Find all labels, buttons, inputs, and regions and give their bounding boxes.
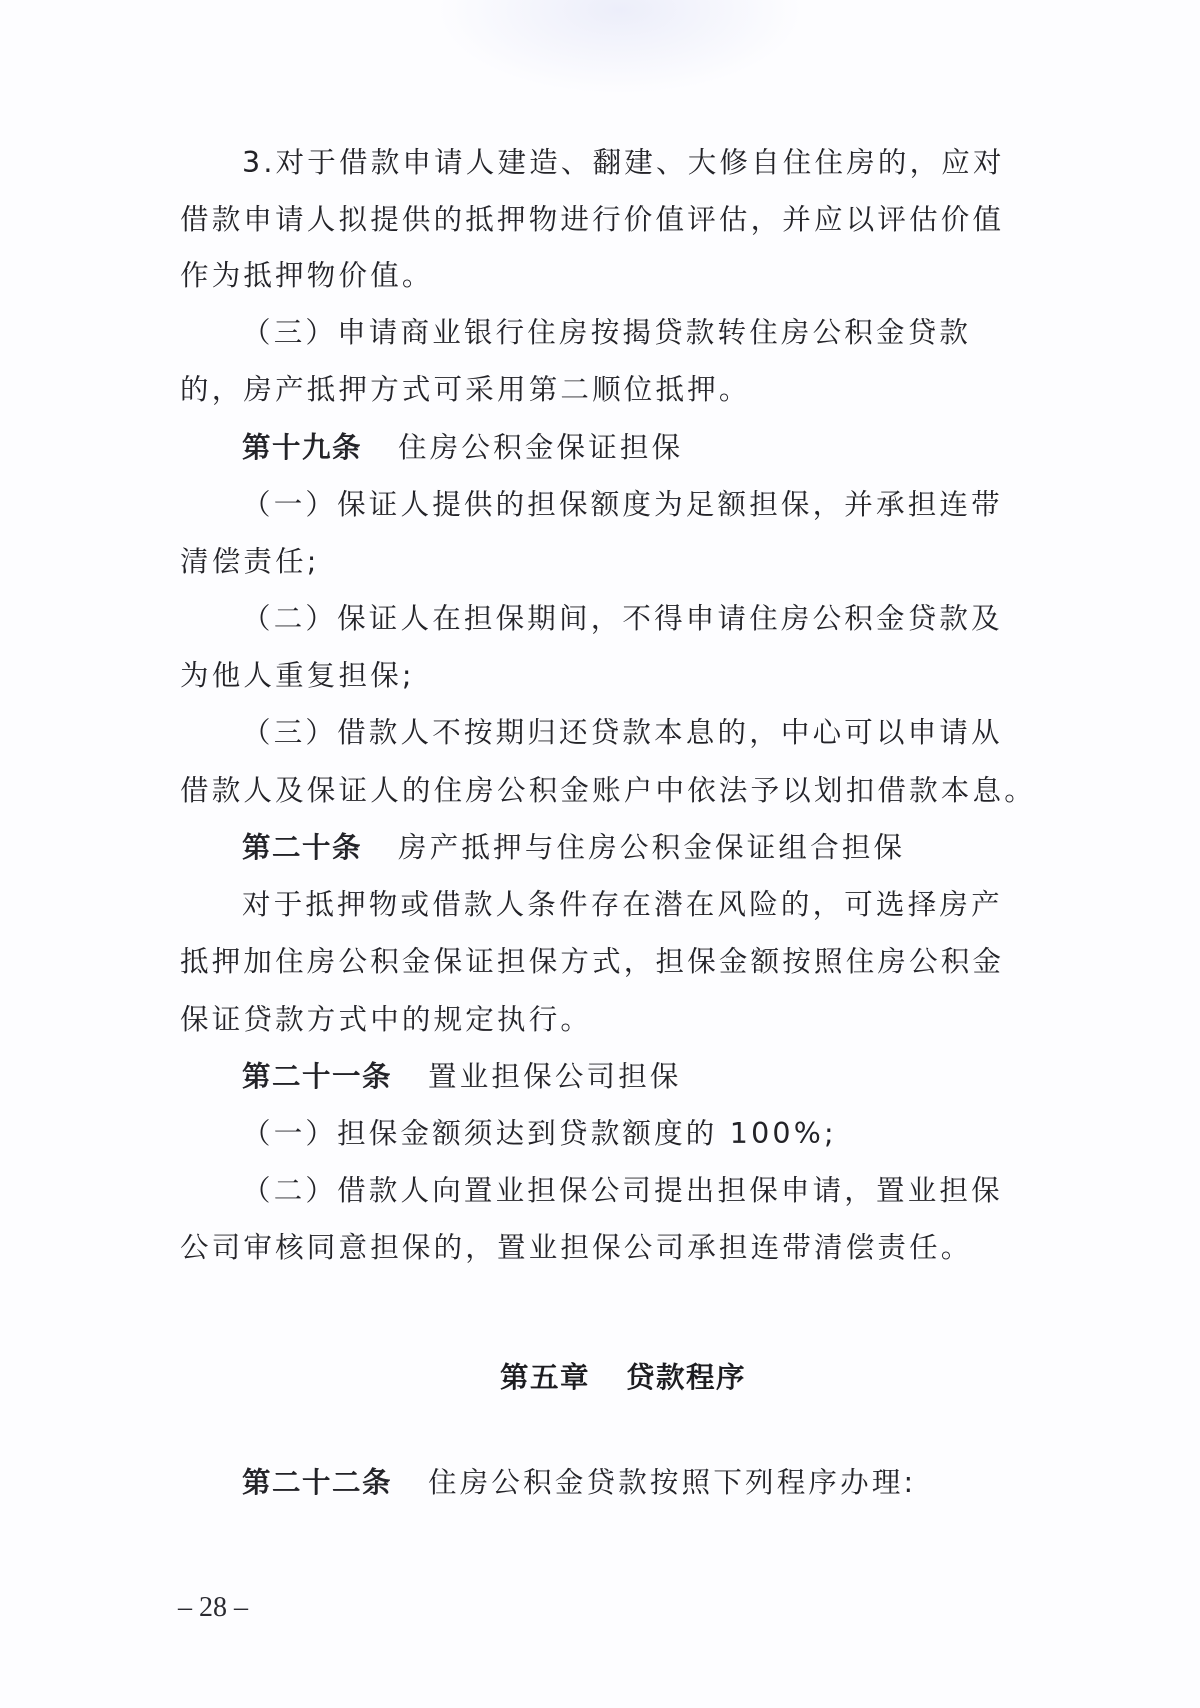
- chapter-heading: 第五章贷款程序: [500, 1358, 746, 1398]
- clause-line: （二）保证人在担保期间，不得申请住房公积金贷款及: [242, 599, 1020, 639]
- article-title: 住房公积金贷款按照下列程序办理:: [428, 1466, 916, 1499]
- chapter-title: 贷款程序: [626, 1361, 746, 1394]
- paragraph-line: 3.对于借款申请人建造、翻建、大修自住住房的，应对: [242, 143, 1020, 183]
- document-page: 3.对于借款申请人建造、翻建、大修自住住房的，应对 借款申请人拟提供的抵押物进行…: [0, 0, 1200, 1708]
- article-heading: 第二十二条住房公积金贷款按照下列程序办理:: [242, 1463, 1020, 1503]
- article-heading: 第二十一条置业担保公司担保: [242, 1057, 1020, 1097]
- article-heading: 第二十条房产抵押与住房公积金保证组合担保: [242, 828, 1020, 868]
- clause-line: （三）借款人不按期归还贷款本息的，中心可以申请从: [242, 713, 1020, 753]
- article-number: 第二十二条: [242, 1466, 392, 1499]
- article-number: 第二十一条: [242, 1060, 392, 1093]
- article-heading: 第十九条住房公积金保证担保: [242, 428, 1020, 468]
- paragraph-line: 借款申请人拟提供的抵押物进行价值评估，并应以评估价值: [180, 200, 1020, 240]
- clause-line: 公司审核同意担保的，置业担保公司承担连带清偿责任。: [180, 1228, 1020, 1268]
- clause-line: 借款人及保证人的住房公积金账户中依法予以划扣借款本息。: [180, 771, 1020, 811]
- clause-line: 清偿责任;: [180, 542, 1020, 582]
- clause-line: （二）借款人向置业担保公司提出担保申请，置业担保: [242, 1171, 1020, 1211]
- article-title: 房产抵押与住房公积金保证组合担保: [398, 831, 905, 864]
- paragraph-line: 的，房产抵押方式可采用第二顺位抵押。: [180, 370, 1020, 410]
- paragraph-line: 抵押加住房公积金保证担保方式，担保金额按照住房公积金: [180, 942, 1020, 982]
- article-number: 第二十条: [242, 831, 362, 864]
- article-number: 第十九条: [242, 431, 362, 464]
- chapter-number: 第五章: [500, 1361, 590, 1394]
- paragraph-line: 对于抵押物或借款人条件存在潜在风险的，可选择房产: [242, 885, 1020, 925]
- clause-line: （一）担保金额须达到贷款额度的 100%;: [242, 1114, 1020, 1154]
- paragraph-line: （三）申请商业银行住房按揭贷款转住房公积金贷款: [242, 313, 1020, 353]
- article-title: 置业担保公司担保: [428, 1060, 682, 1093]
- paragraph-line: 作为抵押物价值。: [180, 256, 1020, 296]
- article-title: 住房公积金保证担保: [398, 431, 683, 464]
- clause-line: 为他人重复担保;: [180, 656, 1020, 696]
- paragraph-line: 保证贷款方式中的规定执行。: [180, 1000, 1020, 1040]
- clause-line: （一）保证人提供的担保额度为足额担保，并承担连带: [242, 485, 1020, 525]
- page-number: – 28 –: [178, 1588, 248, 1628]
